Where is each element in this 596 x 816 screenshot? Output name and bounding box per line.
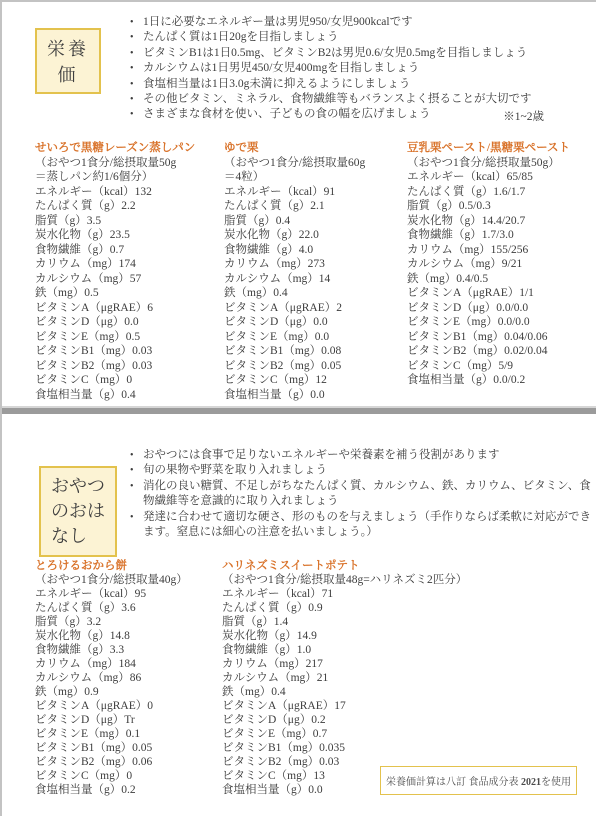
nutrient-line: カルシウム（mg）21: [222, 671, 594, 685]
recipe-serving: ＝4粒）: [224, 170, 407, 185]
page: 栄養価 •1日に必要なエネルギー量は男児950/女児900kcalです•たんぱく…: [0, 0, 596, 816]
bullet-item: •その他ビタミン、ミネラル、食物繊維等もバランスよく摂ることが大切です: [130, 92, 592, 107]
bullet-icon: •: [130, 448, 143, 463]
nutrient-line: カリウム（mg）174: [35, 257, 224, 272]
recipe-title: 豆乳栗ペースト/黒糖栗ペースト: [407, 141, 596, 156]
nutrient-line: ビタミンA（μgRAE）6: [35, 301, 224, 316]
nutrient-line: たんぱく質（g）0.9: [222, 601, 594, 615]
snack-advice-list: •おやつには食事で足りないエネルギーや栄養素を補う役割があります•旬の果物や野菜…: [130, 448, 594, 540]
bullet-item: •発達に合わせて適切な硬さ、形のものを与えましょう（手作りならば柔軟に対応ができ…: [130, 510, 594, 541]
nutrient-line: ビタミンA（μgRAE）17: [222, 699, 594, 713]
nutrient-line: ビタミンA（μgRAE）0: [35, 699, 222, 713]
source-note-pre: 栄養価計算は八訂 食品成分表: [386, 777, 521, 788]
nutrient-line: ビタミンB2（mg）0.06: [35, 755, 222, 769]
nutrient-line: 食塩相当量（g）0.0/0.2: [407, 373, 596, 388]
bullet-item: •カルシウムは1日男児450/女児400mgを目指しましょう: [130, 61, 592, 76]
nutrient-line: エネルギー（kcal）132: [35, 185, 224, 200]
nutrient-line: ビタミンC（mg）0: [35, 373, 224, 388]
nutrient-line: ビタミンD（μg）0.0: [224, 315, 407, 330]
nutrient-line: 脂質（g）3.5: [35, 214, 224, 229]
bullet-item: •消化の良い糖質、不足しがちなたんぱく質、カルシウム、鉄、カリウム、ビタミン、食…: [130, 479, 594, 510]
nutrient-line: ビタミンA（μgRAE）1/1: [407, 286, 596, 301]
recipe-title: とろけるおから餅: [35, 559, 222, 573]
nutrient-line: 鉄（mg）0.4: [222, 685, 594, 699]
bullet-text: 旬の果物や野菜を取り入れましょう: [143, 463, 594, 478]
nutrient-line: 鉄（mg）0.9: [35, 685, 222, 699]
nutrient-line: 脂質（g）0.4: [224, 214, 407, 229]
bullet-text: たんぱく質は1日20gを目指しましょう: [143, 30, 592, 45]
nutrient-line: 炭水化物（g）14.8: [35, 629, 222, 643]
nutrient-line: ビタミンB1（mg）0.04/0.06: [407, 330, 596, 345]
nutrient-line: ビタミンE（mg）0.0: [224, 330, 407, 345]
nutrient-line: ビタミンE（mg）0.7: [222, 727, 594, 741]
recipe-card: ハリネズミスイートポテト（おやつ1食分/総摂取量48g=ハリネズミ2匹分）エネル…: [222, 559, 594, 797]
bullet-icon: •: [130, 46, 143, 61]
nutrient-line: 鉄（mg）0.4: [224, 286, 407, 301]
nutrient-line: たんぱく質（g）2.1: [224, 199, 407, 214]
nutrient-line: 食物繊維（g）1.7/3.0: [407, 228, 596, 243]
recipe-card: せいろで黒糖レーズン蒸しパン（おやつ1食分/総摂取量50g＝蒸しパン約1/6個分…: [35, 141, 224, 402]
nutrition-guideline-list: •1日に必要なエネルギー量は男児950/女児900kcalです•たんぱく質は1日…: [130, 15, 592, 123]
bullet-text: 1日に必要なエネルギー量は男児950/女児900kcalです: [143, 15, 592, 30]
nutrient-line: 食塩相当量（g）0.2: [35, 783, 222, 797]
nutrient-line: 炭水化物（g）22.0: [224, 228, 407, 243]
nutrient-line: エネルギー（kcal）71: [222, 587, 594, 601]
nutrient-line: ビタミンE（mg）0.0/0.0: [407, 315, 596, 330]
recipe-serving: （おやつ1食分/総摂取量60g: [224, 156, 407, 171]
nutrient-line: 炭水化物（g）14.4/20.7: [407, 214, 596, 229]
section-label-snack-talk: おやつのおはなし: [39, 466, 117, 557]
nutrient-line: カルシウム（mg）14: [224, 272, 407, 287]
nutrient-line: たんぱく質（g）3.6: [35, 601, 222, 615]
bullet-icon: •: [130, 15, 143, 30]
recipe-serving: （おやつ1食分/総摂取量50g）: [407, 156, 596, 171]
bullet-item: •おやつには食事で足りないエネルギーや栄養素を補う役割があります: [130, 448, 594, 463]
nutrient-line: ビタミンD（μg）Tr: [35, 713, 222, 727]
bullet-text: 食塩相当量は1日3.0g未満に抑えるようにしましょう: [143, 77, 592, 92]
nutrient-line: 食物繊維（g）4.0: [224, 243, 407, 258]
nutrient-line: ビタミンC（mg）12: [224, 373, 407, 388]
nutrient-line: 脂質（g）0.5/0.3: [407, 199, 596, 214]
nutrient-line: 食塩相当量（g）0.0: [224, 388, 407, 403]
bullet-item: •食塩相当量は1日3.0g未満に抑えるようにしましょう: [130, 77, 592, 92]
bullet-icon: •: [130, 463, 143, 478]
calculation-source-note: 栄養価計算は八訂 食品成分表 2021を使用: [380, 766, 577, 795]
nutrient-line: ビタミンB1（mg）0.03: [35, 344, 224, 359]
bullet-icon: •: [130, 92, 143, 107]
nutrient-line: 食塩相当量（g）0.4: [35, 388, 224, 403]
nutrient-line: 炭水化物（g）23.5: [35, 228, 224, 243]
nutrient-line: 鉄（mg）0.5: [35, 286, 224, 301]
nutrient-line: 脂質（g）3.2: [35, 615, 222, 629]
nutrient-line: 食物繊維（g）1.0: [222, 643, 594, 657]
nutrient-line: ビタミンB2（mg）0.03: [35, 359, 224, 374]
nutrient-line: 食物繊維（g）0.7: [35, 243, 224, 258]
section-divider: [2, 406, 596, 414]
recipe-serving: （おやつ1食分/総摂取量48g=ハリネズミ2匹分）: [222, 573, 594, 587]
recipe-title: ハリネズミスイートポテト: [222, 559, 594, 573]
nutrient-line: ビタミンB1（mg）0.035: [222, 741, 594, 755]
nutrient-line: ビタミンA（μgRAE）2: [224, 301, 407, 316]
bullet-text: 発達に合わせて適切な硬さ、形のものを与えましょう（手作りならば柔軟に対応ができま…: [143, 510, 594, 541]
recipe-title: せいろで黒糖レーズン蒸しパン: [35, 141, 224, 156]
nutrient-line: カリウム（mg）273: [224, 257, 407, 272]
bullet-text: カルシウムは1日男児450/女児400mgを目指しましょう: [143, 61, 592, 76]
source-note-post: を使用: [541, 777, 571, 788]
nutrient-line: ビタミンE（mg）0.5: [35, 330, 224, 345]
bullet-item: •1日に必要なエネルギー量は男児950/女児900kcalです: [130, 15, 592, 30]
age-range-note: ※1~2歳: [503, 108, 544, 124]
bullet-text: ビタミンB1は1日0.5mg、ビタミンB2は男児0.6/女児0.5mgを目指しま…: [143, 46, 592, 61]
source-note-year: 2021: [521, 777, 541, 788]
recipe-card: 豆乳栗ペースト/黒糖栗ペースト（おやつ1食分/総摂取量50g）エネルギー（kca…: [407, 141, 596, 402]
nutrient-line: カリウム（mg）184: [35, 657, 222, 671]
nutrient-line: 食物繊維（g）3.3: [35, 643, 222, 657]
recipe-serving: （おやつ1食分/総摂取量50g: [35, 156, 224, 171]
nutrient-line: ビタミンC（mg）0: [35, 769, 222, 783]
recipe-serving: （おやつ1食分/総摂取量40g）: [35, 573, 222, 587]
nutrient-line: ビタミンE（mg）0.1: [35, 727, 222, 741]
label-line: のおは: [51, 499, 115, 524]
nutrient-line: エネルギー（kcal）95: [35, 587, 222, 601]
nutrient-line: 鉄（mg）0.4/0.5: [407, 272, 596, 287]
nutrient-line: ビタミンD（μg）0.2: [222, 713, 594, 727]
nutrient-line: ビタミンC（mg）5/9: [407, 359, 596, 374]
nutrient-line: ビタミンB2（mg）0.02/0.04: [407, 344, 596, 359]
nutrient-line: エネルギー（kcal）65/85: [407, 170, 596, 185]
nutrient-line: カリウム（mg）155/256: [407, 243, 596, 258]
bullet-icon: •: [130, 479, 143, 510]
label-line: なし: [51, 524, 115, 549]
recipe-serving: ＝蒸しパン約1/6個分）: [35, 170, 224, 185]
bullet-item: •たんぱく質は1日20gを目指しましょう: [130, 30, 592, 45]
recipe-card: とろけるおから餅（おやつ1食分/総摂取量40g）エネルギー（kcal）95たんぱ…: [35, 559, 222, 797]
nutrient-line: ビタミンB1（mg）0.05: [35, 741, 222, 755]
recipe-card: ゆで栗（おやつ1食分/総摂取量60g＝4粒）エネルギー（kcal）91たんぱく質…: [224, 141, 407, 402]
nutrient-line: 炭水化物（g）14.9: [222, 629, 594, 643]
bullet-icon: •: [130, 510, 143, 541]
nutrient-line: ビタミンD（μg）0.0/0.0: [407, 301, 596, 316]
nutrient-line: カルシウム（mg）9/21: [407, 257, 596, 272]
bullet-icon: •: [130, 30, 143, 45]
recipe-columns-bottom: とろけるおから餅（おやつ1食分/総摂取量40g）エネルギー（kcal）95たんぱ…: [35, 559, 594, 797]
nutrient-line: 脂質（g）1.4: [222, 615, 594, 629]
nutrient-line: カルシウム（mg）86: [35, 671, 222, 685]
bullet-icon: •: [130, 77, 143, 92]
nutrient-line: たんぱく質（g）2.2: [35, 199, 224, 214]
recipe-columns-top: せいろで黒糖レーズン蒸しパン（おやつ1食分/総摂取量50g＝蒸しパン約1/6個分…: [35, 141, 596, 402]
recipe-title: ゆで栗: [224, 141, 407, 156]
bullet-text: 消化の良い糖質、不足しがちなたんぱく質、カルシウム、鉄、カリウム、ビタミン、食物…: [143, 479, 594, 510]
bullet-icon: •: [130, 61, 143, 76]
nutrient-line: カリウム（mg）217: [222, 657, 594, 671]
nutrient-line: たんぱく質（g）1.6/1.7: [407, 185, 596, 200]
label-line: おやつ: [51, 474, 115, 499]
bullet-icon: •: [130, 107, 143, 122]
nutrient-line: ビタミンD（μg）0.0: [35, 315, 224, 330]
bullet-text: その他ビタミン、ミネラル、食物繊維等もバランスよく摂ることが大切です: [143, 92, 592, 107]
nutrient-line: エネルギー（kcal）91: [224, 185, 407, 200]
nutrient-line: ビタミンB1（mg）0.08: [224, 344, 407, 359]
bullet-item: •ビタミンB1は1日0.5mg、ビタミンB2は男児0.6/女児0.5mgを目指し…: [130, 46, 592, 61]
section-label-nutrition: 栄養価: [35, 28, 101, 94]
nutrient-line: ビタミンB2（mg）0.05: [224, 359, 407, 374]
bullet-item: •旬の果物や野菜を取り入れましょう: [130, 463, 594, 478]
nutrient-line: カルシウム（mg）57: [35, 272, 224, 287]
bullet-text: おやつには食事で足りないエネルギーや栄養素を補う役割があります: [143, 448, 594, 463]
